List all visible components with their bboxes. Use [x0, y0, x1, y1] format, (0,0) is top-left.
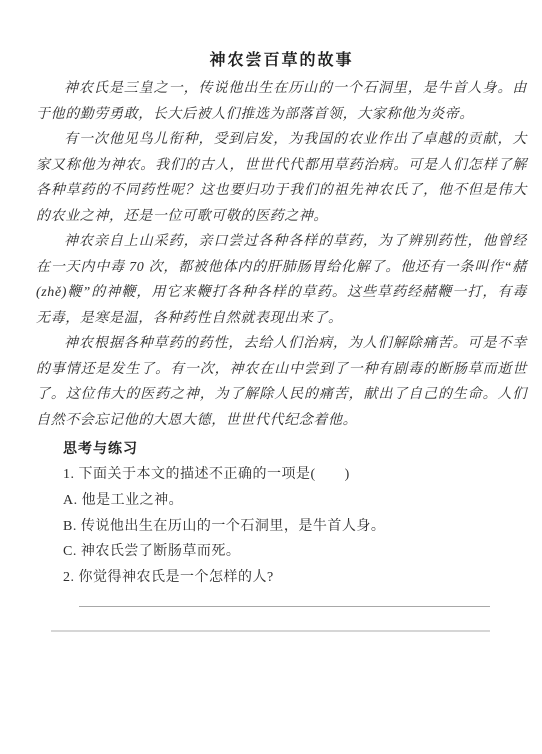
exercise-section: 思考与练习 1. 下面关于本文的描述不正确的一项是( ) A. 他是工业之神。 … [36, 435, 527, 591]
story-paragraph: 神农氏是三皇之一，传说他出生在历山的一个石洞里，是牛首人身。由于他的勤劳勇敢，长… [36, 76, 527, 127]
page-content: 神农尝百草的故事 神农氏是三皇之一，传说他出生在历山的一个石洞里，是牛首人身。由… [36, 47, 527, 632]
worksheet-page: 神农尝百草的故事 神农氏是三皇之一，传说他出生在历山的一个石洞里，是牛首人身。由… [0, 0, 542, 754]
exercise-question-1: 1. 下面关于本文的描述不正确的一项是( ) [63, 462, 527, 488]
exercise-heading: 思考与练习 [63, 435, 527, 462]
story-paragraph: 神农根据各种草药的药性，去给人们治病，为人们解除痛苦。可是不幸的事情还是发生了。… [36, 331, 527, 433]
story-paragraph: 神农亲自上山采药，亲口尝过各种各样的草药，为了辨别药性，他曾经在一天内中毒 70… [36, 229, 527, 331]
answer-blank-line [79, 606, 490, 607]
exercise-option-a: A. 他是工业之神。 [63, 488, 527, 514]
exercise-question-2: 2. 你觉得神农氏是一个怎样的人? [63, 565, 527, 591]
exercise-option-c: C. 神农氏尝了断肠草而死。 [63, 539, 527, 565]
story-paragraph: 有一次他见鸟儿衔种，受到启发，为我国的农业作出了卓越的贡献，大家又称他为神农。我… [36, 127, 527, 229]
article-title: 神农尝百草的故事 [36, 47, 527, 74]
story-body: 神农氏是三皇之一，传说他出生在历山的一个石洞里，是牛首人身。由于他的勤劳勇敢，长… [36, 76, 527, 433]
page-divider [51, 630, 490, 632]
exercise-option-b: B. 传说他出生在历山的一个石洞里，是牛首人身。 [63, 514, 527, 540]
